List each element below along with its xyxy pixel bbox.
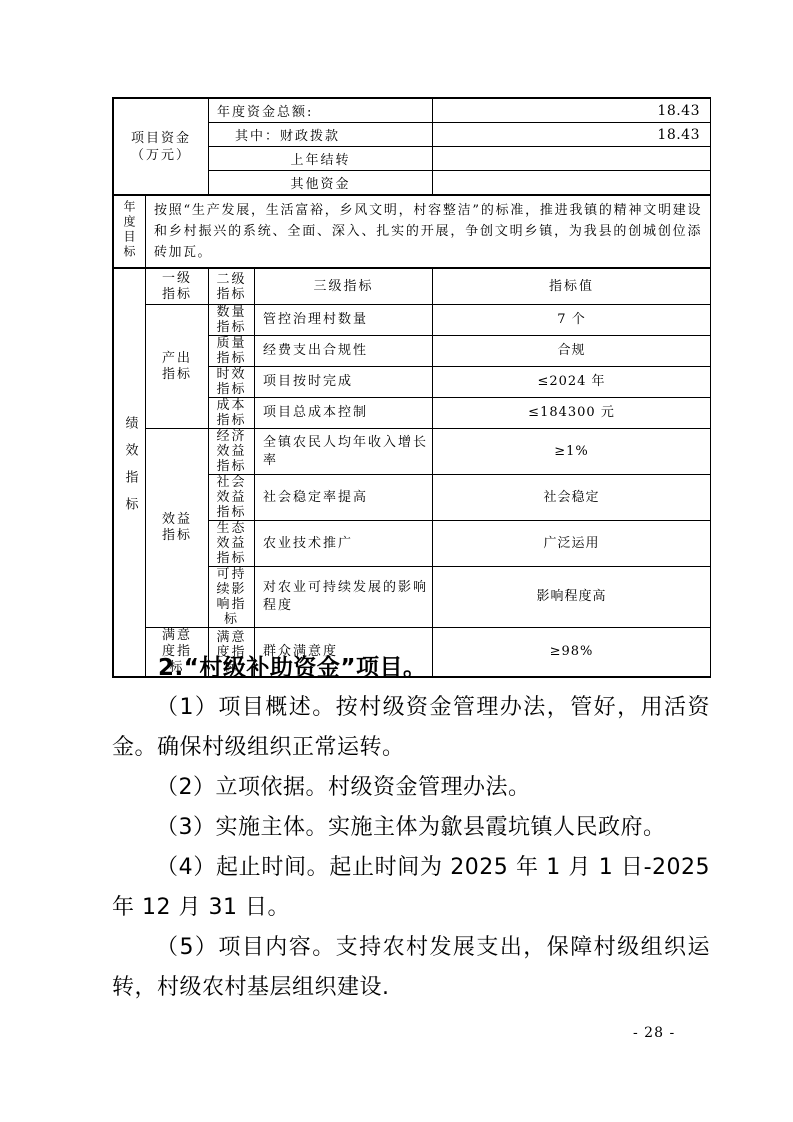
value-cell: 广泛运用 xyxy=(433,521,711,567)
level3-cell: 社会稳定率提高 xyxy=(255,475,433,521)
level2-cell: 经济效益指标 xyxy=(209,429,255,475)
level2-cell: 可持续影响指标 xyxy=(209,567,255,628)
annual-goal-row: 年度目标 按照“生产发展，生活富裕，乡风文明，村容整洁”的标准，推进我镇的精神文… xyxy=(113,195,711,268)
header-level3: 三级指标 xyxy=(255,269,433,305)
level2-cell: 生态效益指标 xyxy=(209,521,255,567)
funding-table: 项目资金 （万元） 年度资金总额: 18.43 其中：财政拨款 18.43 上年… xyxy=(113,98,711,195)
funding-row-value: 18.43 xyxy=(433,99,711,123)
value-cell: ≤2024 年 xyxy=(433,367,711,398)
indicator-side-label-cell: 绩效指标 xyxy=(114,269,146,677)
indicator-side-label: 绩效指标 xyxy=(122,416,138,524)
level3-cell: 项目按时完成 xyxy=(255,367,433,398)
level3-cell: 项目总成本控制 xyxy=(255,398,433,429)
annual-goal-text: 按照“生产发展，生活富裕，乡风文明，村容整洁”的标准，推进我镇的精神文明建设和乡… xyxy=(146,196,711,268)
header-value: 指标值 xyxy=(433,269,711,305)
value-cell: ≥1% xyxy=(433,429,711,475)
level2-cell: 社会效益指标 xyxy=(209,475,255,521)
level3-cell: 全镇农民人均年收入增长率 xyxy=(255,429,433,475)
level2-cell: 质量指标 xyxy=(209,336,255,367)
paragraph-implementer: （3）实施主体。实施主体为歙县霞坑镇人民政府。 xyxy=(112,808,710,848)
value-cell: 影响程度高 xyxy=(433,567,711,628)
annual-goal-label-cell: 年度目标 xyxy=(114,196,146,268)
paragraph-overview: （1）项目概述。按村级资金管理办法，管好，用活资金。确保村级组织正常运转。 xyxy=(112,688,710,768)
funding-row-label: 其中：财政拨款 xyxy=(209,123,433,147)
level1-cell-output: 产出指标 xyxy=(146,305,209,429)
body-section: 2.“村级补助资金”项目。 （1）项目概述。按村级资金管理办法，管好，用活资金。… xyxy=(112,648,710,1008)
level2-cell: 成本指标 xyxy=(209,398,255,429)
performance-table: 项目资金 （万元） 年度资金总额: 18.43 其中：财政拨款 18.43 上年… xyxy=(112,97,711,678)
funding-row-label: 上年结转 xyxy=(209,147,433,171)
funding-row-label: 其他资金 xyxy=(209,171,433,195)
level2-cell: 数量指标 xyxy=(209,305,255,336)
paragraph-basis: （2）立项依据。村级资金管理办法。 xyxy=(112,768,710,808)
value-cell: 合规 xyxy=(433,336,711,367)
level3-cell: 经费支出合规性 xyxy=(255,336,433,367)
funding-row-label: 年度资金总额: xyxy=(209,99,433,123)
funding-row-value xyxy=(433,147,711,171)
header-level1: 一级指标 xyxy=(146,269,209,305)
header-level2: 二级指标 xyxy=(209,269,255,305)
level3-cell: 管控治理村数量 xyxy=(255,305,433,336)
annual-goal-label: 年度目标 xyxy=(121,200,138,260)
value-cell: 社会稳定 xyxy=(433,475,711,521)
paragraph-content: （5）项目内容。支持农村发展支出，保障村级组织运转，村级农村基层组织建设. xyxy=(112,928,710,1008)
value-cell: 7 个 xyxy=(433,305,711,336)
level3-cell: 农业技术推广 xyxy=(255,521,433,567)
indicator-table: 绩效指标 一级指标 二级指标 三级指标 指标值 产出指标 数量指标 管控治理村数… xyxy=(113,268,711,677)
level1-cell-benefit: 效益指标 xyxy=(146,429,209,628)
paragraph-duration: （4）起止时间。起止时间为 2025 年 1 月 1 日-2025 年 12 月… xyxy=(112,848,710,928)
level3-cell: 对农业可持续发展的影响程度 xyxy=(255,567,433,628)
document-page: 项目资金 （万元） 年度资金总额: 18.43 其中：财政拨款 18.43 上年… xyxy=(0,0,793,1122)
funding-row-value xyxy=(433,171,711,195)
level2-cell: 时效指标 xyxy=(209,367,255,398)
funding-title-cell: 项目资金 （万元） xyxy=(114,99,209,195)
value-cell: ≤184300 元 xyxy=(433,398,711,429)
funding-row-value: 18.43 xyxy=(433,123,711,147)
section-heading: 2.“村级补助资金”项目。 xyxy=(112,648,710,688)
page-number: - 28 - xyxy=(633,1025,675,1041)
funding-title-line1: 项目资金 xyxy=(114,130,208,147)
funding-title-line2: （万元） xyxy=(114,147,208,164)
